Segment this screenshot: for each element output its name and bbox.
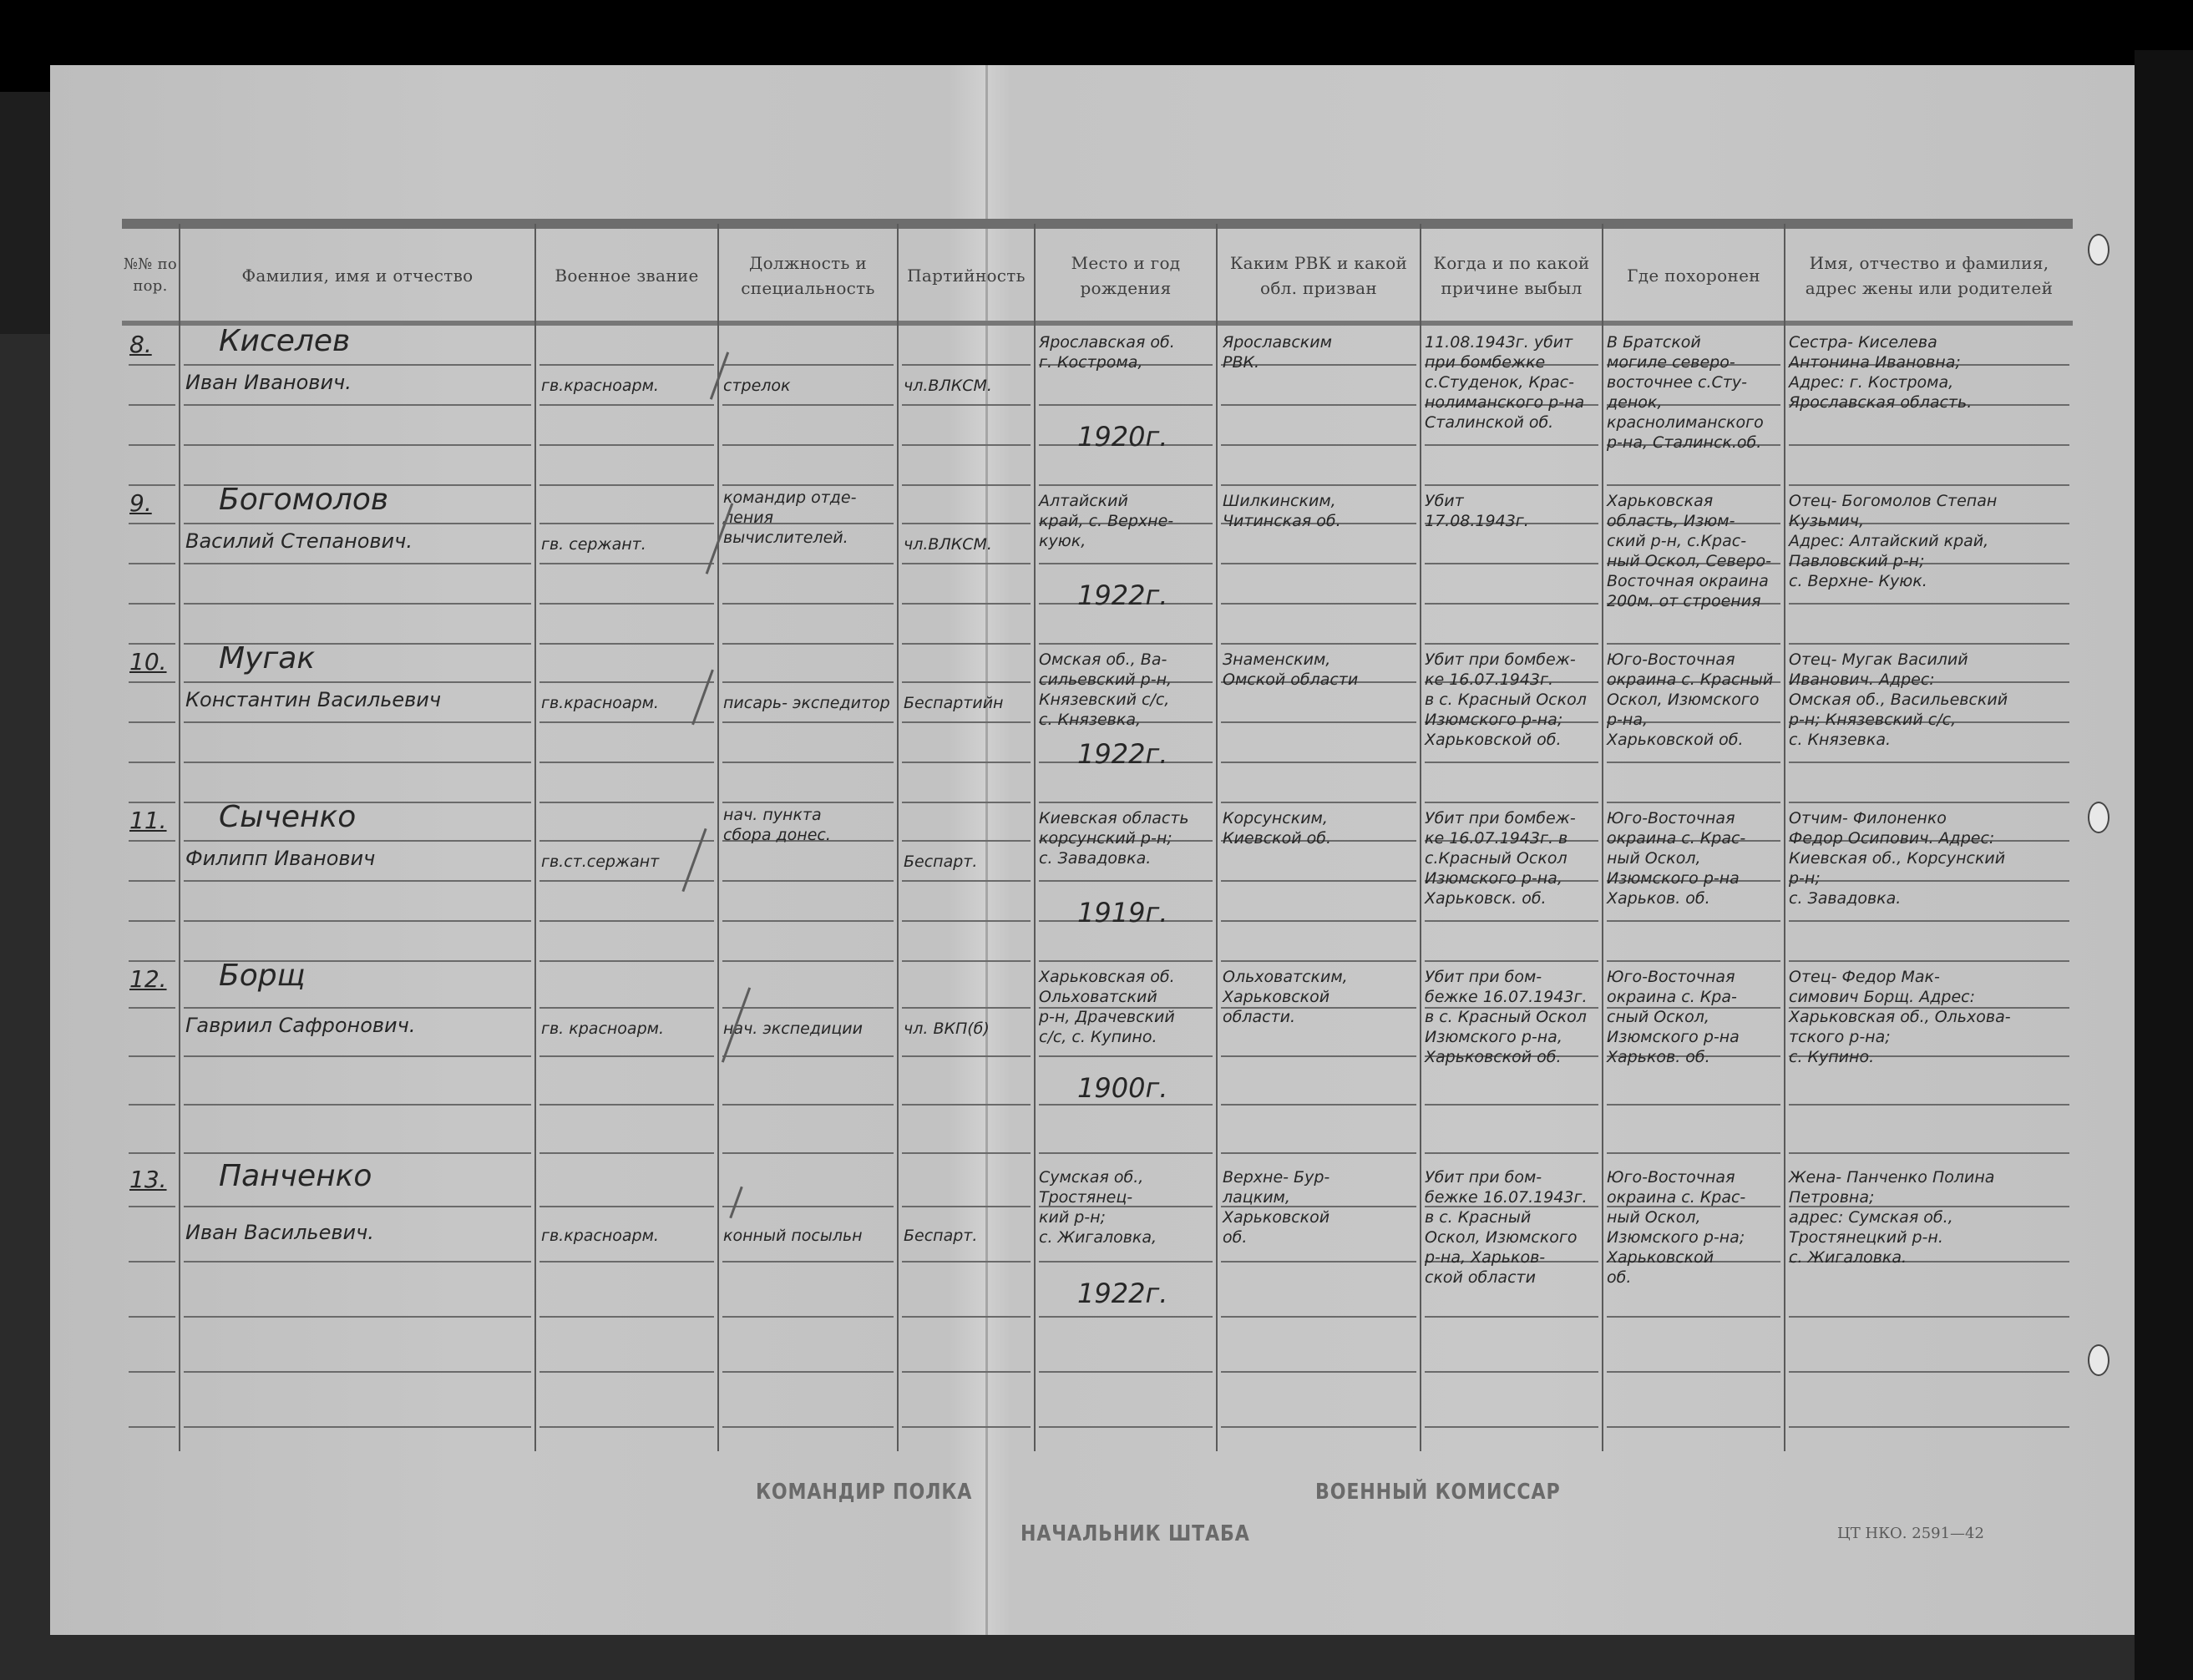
ruled-line bbox=[539, 643, 714, 645]
ruled-line bbox=[539, 1007, 714, 1009]
ruled-line bbox=[1039, 1152, 1213, 1154]
ruled-line bbox=[539, 960, 714, 962]
row-number: 10. bbox=[129, 648, 167, 676]
ruled-line bbox=[129, 1261, 175, 1263]
ruled-line bbox=[184, 1152, 531, 1154]
burial-place: Юго-Восточная окраина с. Крас- ный Оскол… bbox=[1607, 808, 1745, 908]
ruled-line bbox=[1607, 484, 1780, 486]
ruled-line bbox=[1221, 643, 1416, 645]
ruled-line bbox=[1221, 1426, 1416, 1428]
ruled-line bbox=[184, 404, 531, 406]
ruled-line bbox=[1789, 1371, 2069, 1373]
table-header-rule bbox=[122, 321, 2073, 326]
party-membership: Беспарт. bbox=[904, 852, 977, 872]
party-membership: чл. ВКП(б) bbox=[904, 1019, 990, 1039]
birth-place: Киевская область корсунский р-н; с. Зава… bbox=[1039, 808, 1189, 868]
next-of-kin: Жена- Панченко Полина Петровна; адрес: С… bbox=[1789, 1167, 1994, 1268]
ruled-line bbox=[902, 364, 1031, 366]
row-number: 8. bbox=[129, 331, 152, 358]
ruled-line bbox=[1607, 1152, 1780, 1154]
draft-office: Корсунским, Киевской об. bbox=[1223, 808, 1331, 848]
header-when: Когда и по какой причине выбыл bbox=[1421, 230, 1602, 321]
ruled-line bbox=[129, 802, 175, 803]
birth-place: Ярославская об. г. Кострома, bbox=[1039, 332, 1175, 372]
column-divider bbox=[1420, 224, 1421, 1451]
ruled-line bbox=[902, 681, 1031, 683]
next-of-kin: Отчим- Филоненко Федор Осипович. Адрес: … bbox=[1789, 808, 2005, 908]
ruled-line bbox=[1221, 603, 1416, 605]
ruled-line bbox=[1039, 1261, 1213, 1263]
signature-chief-of-staff: НАЧАЛЬНИК ШТАБА bbox=[1021, 1521, 1250, 1546]
ruled-line bbox=[722, 920, 894, 922]
military-rank: гв.красноарм. bbox=[541, 376, 659, 396]
form-number: ЦТ НКО. 2591—42 bbox=[1837, 1525, 1984, 1542]
soldier-given-names: Иван Иванович. bbox=[185, 371, 352, 394]
column-divider bbox=[1034, 224, 1036, 1451]
ruled-line bbox=[539, 1426, 714, 1428]
ruled-line bbox=[722, 721, 894, 723]
ruled-line bbox=[1789, 1104, 2069, 1106]
ruled-line bbox=[129, 1371, 175, 1373]
ruled-line bbox=[539, 802, 714, 803]
header-rank: Военное звание bbox=[536, 230, 717, 321]
ruled-line bbox=[1789, 484, 2069, 486]
ruled-line bbox=[1607, 762, 1780, 763]
ruled-line bbox=[1221, 960, 1416, 962]
ruled-line bbox=[129, 681, 175, 683]
ruled-line bbox=[539, 840, 714, 842]
draft-office: Верхне- Бур- лацким, Харьковской об. bbox=[1223, 1167, 1329, 1247]
burial-place: В Братской могиле северо- восточнее с.Ст… bbox=[1607, 332, 1764, 453]
ruled-line bbox=[129, 1316, 175, 1318]
burial-place: Харьковская область, Изюм- ский р-н, с.К… bbox=[1607, 491, 1771, 611]
ruled-line bbox=[1607, 1104, 1780, 1106]
ruled-line bbox=[1425, 444, 1598, 446]
ruled-line bbox=[722, 960, 894, 962]
military-rank: гв.красноарм. bbox=[541, 693, 659, 713]
ruled-line bbox=[1221, 1055, 1416, 1057]
ruled-line bbox=[722, 563, 894, 564]
ruled-line bbox=[1221, 1316, 1416, 1318]
ruled-line bbox=[129, 840, 175, 842]
position-specialty: конный посыльн bbox=[723, 1226, 863, 1246]
ruled-line bbox=[1039, 1426, 1213, 1428]
birth-place: Алтайский край, с. Верхне- куюк, bbox=[1039, 491, 1173, 551]
ruled-line bbox=[184, 762, 531, 763]
soldier-surname: Богомолов bbox=[219, 483, 388, 517]
position-specialty: нач. пункта сбора донес. bbox=[723, 805, 831, 845]
ruled-line bbox=[902, 721, 1031, 723]
ruled-line bbox=[902, 1371, 1031, 1373]
ruled-line bbox=[902, 1152, 1031, 1154]
ruled-line bbox=[539, 364, 714, 366]
ruled-line bbox=[539, 1371, 714, 1373]
birth-year: 1919г. bbox=[1077, 897, 1167, 929]
ruled-line bbox=[129, 603, 175, 605]
ruled-line bbox=[1607, 960, 1780, 962]
ruled-line bbox=[1221, 920, 1416, 922]
ruled-line bbox=[902, 880, 1031, 882]
ruled-line bbox=[129, 960, 175, 962]
military-rank: гв.ст.сержант bbox=[541, 852, 659, 872]
burial-place: Юго-Восточная окраина с. Крас- ный Оскол… bbox=[1607, 1167, 1745, 1288]
birth-place: Харьковская об. Ольховатский р-н, Драчев… bbox=[1039, 967, 1175, 1047]
table-top-rule bbox=[122, 219, 2073, 229]
ruled-line bbox=[902, 484, 1031, 486]
party-membership: чл.ВЛКСМ. bbox=[904, 376, 992, 396]
ruled-line bbox=[184, 523, 531, 524]
ruled-line bbox=[1039, 880, 1213, 882]
ruled-line bbox=[1789, 603, 2069, 605]
ruled-line bbox=[184, 364, 531, 366]
ruled-line bbox=[539, 1055, 714, 1057]
date-cause-of-loss: Убит при бом- бежке 16.07.1943г. в с. Кр… bbox=[1425, 967, 1588, 1067]
ruled-line bbox=[129, 364, 175, 366]
next-of-kin: Отец- Мугак Василий Иванович. Адрес: Омс… bbox=[1789, 650, 2008, 750]
row-number: 9. bbox=[129, 489, 152, 517]
ruled-line bbox=[1789, 960, 2069, 962]
ruled-line bbox=[902, 444, 1031, 446]
header-relatives: Имя, отчество и фамилия, адрес жены или … bbox=[1785, 230, 2073, 321]
ruled-line bbox=[1607, 1426, 1780, 1428]
ruled-line bbox=[1789, 444, 2069, 446]
ruled-line bbox=[1425, 920, 1598, 922]
ruled-line bbox=[184, 444, 531, 446]
ruled-line bbox=[1425, 960, 1598, 962]
party-membership: чл.ВЛКСМ. bbox=[904, 534, 992, 554]
ruled-line bbox=[1789, 643, 2069, 645]
soldier-surname: Киселев bbox=[219, 324, 350, 358]
ruled-line bbox=[539, 721, 714, 723]
ruled-line bbox=[1221, 1104, 1416, 1106]
ruled-line bbox=[1039, 1055, 1213, 1057]
military-rank: гв. сержант. bbox=[541, 534, 646, 554]
birth-year: 1900г. bbox=[1077, 1072, 1167, 1104]
position-specialty: командир отде- ления вычислителей. bbox=[723, 488, 856, 548]
military-rank: гв.красноарм. bbox=[541, 1226, 659, 1246]
ruled-line bbox=[1425, 1152, 1598, 1154]
column-divider bbox=[534, 224, 536, 1451]
ruled-line bbox=[722, 880, 894, 882]
ruled-line bbox=[722, 1206, 894, 1207]
ruled-line bbox=[902, 603, 1031, 605]
ruled-line bbox=[1789, 1316, 2069, 1318]
ruled-line bbox=[184, 603, 531, 605]
ruled-line bbox=[129, 920, 175, 922]
ruled-line bbox=[1221, 404, 1416, 406]
ruled-line bbox=[184, 920, 531, 922]
ruled-line bbox=[184, 1371, 531, 1373]
ruled-line bbox=[722, 1007, 894, 1009]
punch-hole-icon bbox=[2088, 802, 2109, 833]
ruled-line bbox=[722, 444, 894, 446]
ruled-line bbox=[184, 1426, 531, 1428]
soldier-surname: Сыченко bbox=[219, 800, 356, 834]
ruled-line bbox=[129, 643, 175, 645]
birth-year: 1922г. bbox=[1077, 1278, 1167, 1309]
date-cause-of-loss: Убит при бомбеж- ке 16.07.1943г. в с. Кр… bbox=[1425, 650, 1587, 750]
position-specialty: писарь- экспедитор bbox=[723, 693, 890, 713]
ruled-line bbox=[722, 1371, 894, 1373]
birth-place: Омская об., Ва- сильевский р-н, Князевск… bbox=[1039, 650, 1172, 730]
ruled-line bbox=[1039, 960, 1213, 962]
ruled-line bbox=[902, 762, 1031, 763]
draft-office: Шилкинским, Читинская об. bbox=[1223, 491, 1341, 531]
ruled-line bbox=[1425, 1316, 1598, 1318]
ruled-line bbox=[1607, 1316, 1780, 1318]
ruled-line bbox=[1425, 643, 1598, 645]
ruled-line bbox=[722, 643, 894, 645]
punch-hole-icon bbox=[2088, 234, 2109, 266]
ruled-line bbox=[184, 681, 531, 683]
ruled-line bbox=[129, 721, 175, 723]
ruled-line bbox=[129, 762, 175, 763]
ruled-line bbox=[902, 523, 1031, 524]
column-divider bbox=[179, 224, 180, 1451]
soldier-given-names: Филипп Иванович bbox=[185, 847, 375, 870]
ruled-line bbox=[1039, 563, 1213, 564]
ruled-line bbox=[539, 404, 714, 406]
ruled-line bbox=[1607, 802, 1780, 803]
ruled-line bbox=[184, 1007, 531, 1009]
ruled-line bbox=[902, 1104, 1031, 1106]
birth-year: 1922г. bbox=[1077, 738, 1167, 770]
ruled-line bbox=[722, 364, 894, 366]
ruled-line bbox=[184, 563, 531, 564]
burial-place: Юго-Восточная окраина с. Кра- сный Оскол… bbox=[1607, 967, 1740, 1067]
ruled-line bbox=[539, 444, 714, 446]
ruled-line bbox=[1039, 404, 1213, 406]
ruled-line bbox=[902, 1007, 1031, 1009]
ruled-line bbox=[1425, 1371, 1598, 1373]
draft-office: Знаменским, Омской области bbox=[1223, 650, 1358, 690]
ruled-line bbox=[1789, 762, 2069, 763]
column-divider bbox=[1602, 224, 1603, 1451]
soldier-given-names: Василий Степанович. bbox=[185, 529, 413, 553]
ruled-line bbox=[1039, 1316, 1213, 1318]
ruled-line bbox=[1039, 802, 1213, 803]
ruled-line bbox=[1221, 444, 1416, 446]
ruled-line bbox=[129, 404, 175, 406]
ruled-line bbox=[722, 802, 894, 803]
header-party: Партийность bbox=[899, 230, 1034, 321]
next-of-kin: Отец- Федор Мак- симович Борщ. Адрес: Ха… bbox=[1789, 967, 2011, 1067]
ruled-line bbox=[539, 1316, 714, 1318]
ruled-line bbox=[1425, 603, 1598, 605]
header-rvk: Каким РВК и какой обл. призван bbox=[1218, 230, 1420, 321]
ruled-line bbox=[1221, 880, 1416, 882]
ruled-line bbox=[539, 1261, 714, 1263]
birth-place: Сумская об., Тростянец- кий р-н; с. Жига… bbox=[1039, 1167, 1157, 1247]
ruled-line bbox=[1221, 1152, 1416, 1154]
ruled-line bbox=[1039, 1371, 1213, 1373]
next-of-kin: Отец- Богомолов Степан Кузьмич, Адрес: А… bbox=[1789, 491, 1997, 591]
ruled-line bbox=[129, 1426, 175, 1428]
signature-commissar: ВОЕННЫЙ КОМИССАР bbox=[1315, 1480, 1560, 1505]
column-divider bbox=[1784, 224, 1785, 1451]
header-buried: Где похоронен bbox=[1603, 230, 1784, 321]
ruled-line bbox=[1221, 484, 1416, 486]
row-number: 12. bbox=[129, 965, 167, 993]
ruled-line bbox=[1425, 484, 1598, 486]
ruled-line bbox=[184, 1055, 531, 1057]
signature-commander: КОМАНДИР ПОЛКА bbox=[756, 1480, 972, 1505]
ruled-line bbox=[902, 1055, 1031, 1057]
ruled-line bbox=[722, 404, 894, 406]
ruled-line bbox=[1789, 1426, 2069, 1428]
ruled-line bbox=[129, 444, 175, 446]
ruled-line bbox=[1789, 802, 2069, 803]
ruled-line bbox=[539, 603, 714, 605]
draft-office: Ярославским РВК. bbox=[1223, 332, 1332, 372]
ruled-line bbox=[902, 404, 1031, 406]
ruled-line bbox=[184, 1316, 531, 1318]
column-divider bbox=[717, 224, 719, 1451]
ruled-line bbox=[184, 1206, 531, 1207]
ruled-line bbox=[1425, 1426, 1598, 1428]
ruled-line bbox=[539, 563, 714, 564]
military-rank: гв. красноарм. bbox=[541, 1019, 664, 1039]
header-number: №№ по пор. bbox=[122, 230, 179, 321]
next-of-kin: Сестра- Киселева Антонина Ивановна; Адре… bbox=[1789, 332, 1972, 412]
soldier-given-names: Иван Васильевич. bbox=[185, 1221, 374, 1244]
date-cause-of-loss: Убит 17.08.1943г. bbox=[1425, 491, 1529, 531]
ruled-line bbox=[1789, 1152, 2069, 1154]
ruled-line bbox=[722, 603, 894, 605]
ruled-line bbox=[1425, 1104, 1598, 1106]
position-specialty: стрелок bbox=[723, 376, 791, 396]
ruled-line bbox=[1039, 1104, 1213, 1106]
ruled-line bbox=[539, 484, 714, 486]
ruled-line bbox=[902, 563, 1031, 564]
soldier-surname: Панченко bbox=[219, 1159, 372, 1193]
ruled-line bbox=[722, 1055, 894, 1057]
ruled-line bbox=[722, 762, 894, 763]
ruled-line bbox=[129, 523, 175, 524]
ruled-line bbox=[722, 1261, 894, 1263]
ruled-line bbox=[129, 1206, 175, 1207]
ruled-line bbox=[1221, 762, 1416, 763]
ruled-line bbox=[902, 1316, 1031, 1318]
ruled-line bbox=[902, 1261, 1031, 1263]
date-cause-of-loss: Убит при бом- бежке 16.07.1943г. в с. Кр… bbox=[1425, 1167, 1588, 1288]
ruled-line bbox=[184, 1104, 531, 1106]
ruled-line bbox=[1221, 1261, 1416, 1263]
ruled-line bbox=[722, 681, 894, 683]
draft-office: Ольховатским, Харьковской области. bbox=[1223, 967, 1348, 1027]
ruled-line bbox=[1221, 563, 1416, 564]
soldier-surname: Борщ bbox=[219, 959, 305, 993]
burial-place: Юго-Восточная окраина с. Красный Оскол, … bbox=[1607, 650, 1773, 750]
ruled-line bbox=[1221, 802, 1416, 803]
ruled-line bbox=[539, 762, 714, 763]
ruled-line bbox=[1425, 563, 1598, 564]
ruled-line bbox=[902, 840, 1031, 842]
ruled-line bbox=[1425, 762, 1598, 763]
ruled-line bbox=[722, 1152, 894, 1154]
ruled-line bbox=[722, 1426, 894, 1428]
position-specialty: нач. экспедиции bbox=[723, 1019, 863, 1039]
row-number: 13. bbox=[129, 1166, 167, 1193]
ruled-line bbox=[184, 721, 531, 723]
header-full-name: Фамилия, имя и отчество bbox=[180, 230, 534, 321]
soldier-given-names: Константин Васильевич bbox=[185, 688, 441, 711]
row-number: 11. bbox=[129, 807, 167, 834]
ruled-line bbox=[722, 1316, 894, 1318]
ruled-line bbox=[129, 484, 175, 486]
ruled-line bbox=[1789, 920, 2069, 922]
party-membership: Беспартийн bbox=[904, 693, 1003, 713]
date-cause-of-loss: 11.08.1943г. убит при бомбежке с.Студено… bbox=[1425, 332, 1584, 433]
ruled-line bbox=[539, 1206, 714, 1207]
ruled-line bbox=[1221, 721, 1416, 723]
soldier-surname: Мугак bbox=[219, 641, 315, 676]
ruled-line bbox=[1039, 484, 1213, 486]
ruled-line bbox=[1039, 643, 1213, 645]
punch-hole-icon bbox=[2088, 1344, 2109, 1376]
ruled-line bbox=[1607, 1371, 1780, 1373]
ruled-line bbox=[184, 880, 531, 882]
header-position: Должность и специальность bbox=[719, 230, 897, 321]
ruled-line bbox=[902, 920, 1031, 922]
scan-edge bbox=[2135, 50, 2193, 1680]
ruled-line bbox=[902, 1206, 1031, 1207]
ruled-line bbox=[539, 1152, 714, 1154]
ruled-line bbox=[722, 1104, 894, 1106]
ruled-line bbox=[539, 523, 714, 524]
ruled-line bbox=[129, 563, 175, 564]
ruled-line bbox=[539, 920, 714, 922]
ruled-line bbox=[902, 1426, 1031, 1428]
ruled-line bbox=[1607, 920, 1780, 922]
birth-year: 1920г. bbox=[1077, 421, 1167, 453]
ruled-line bbox=[184, 840, 531, 842]
column-divider bbox=[1216, 224, 1218, 1451]
ruled-line bbox=[129, 1055, 175, 1057]
column-divider bbox=[897, 224, 899, 1451]
header-birth: Место и год рождения bbox=[1036, 230, 1216, 321]
ruled-line bbox=[902, 960, 1031, 962]
date-cause-of-loss: Убит при бомбеж- ке 16.07.1943г. в с.Кра… bbox=[1425, 808, 1576, 908]
party-membership: Беспарт. bbox=[904, 1226, 977, 1246]
ruled-line bbox=[722, 484, 894, 486]
birth-year: 1922г. bbox=[1077, 579, 1167, 611]
ruled-line bbox=[902, 643, 1031, 645]
ruled-line bbox=[1607, 643, 1780, 645]
ruled-line bbox=[129, 1007, 175, 1009]
ruled-line bbox=[129, 1104, 175, 1106]
ruled-line bbox=[129, 1152, 175, 1154]
soldier-given-names: Гавриил Сафронович. bbox=[185, 1014, 415, 1037]
ruled-line bbox=[902, 802, 1031, 803]
ruled-line bbox=[539, 1104, 714, 1106]
ruled-line bbox=[1221, 1371, 1416, 1373]
ruled-line bbox=[129, 880, 175, 882]
ruled-line bbox=[184, 1261, 531, 1263]
ruled-line bbox=[539, 681, 714, 683]
ruled-line bbox=[1425, 802, 1598, 803]
